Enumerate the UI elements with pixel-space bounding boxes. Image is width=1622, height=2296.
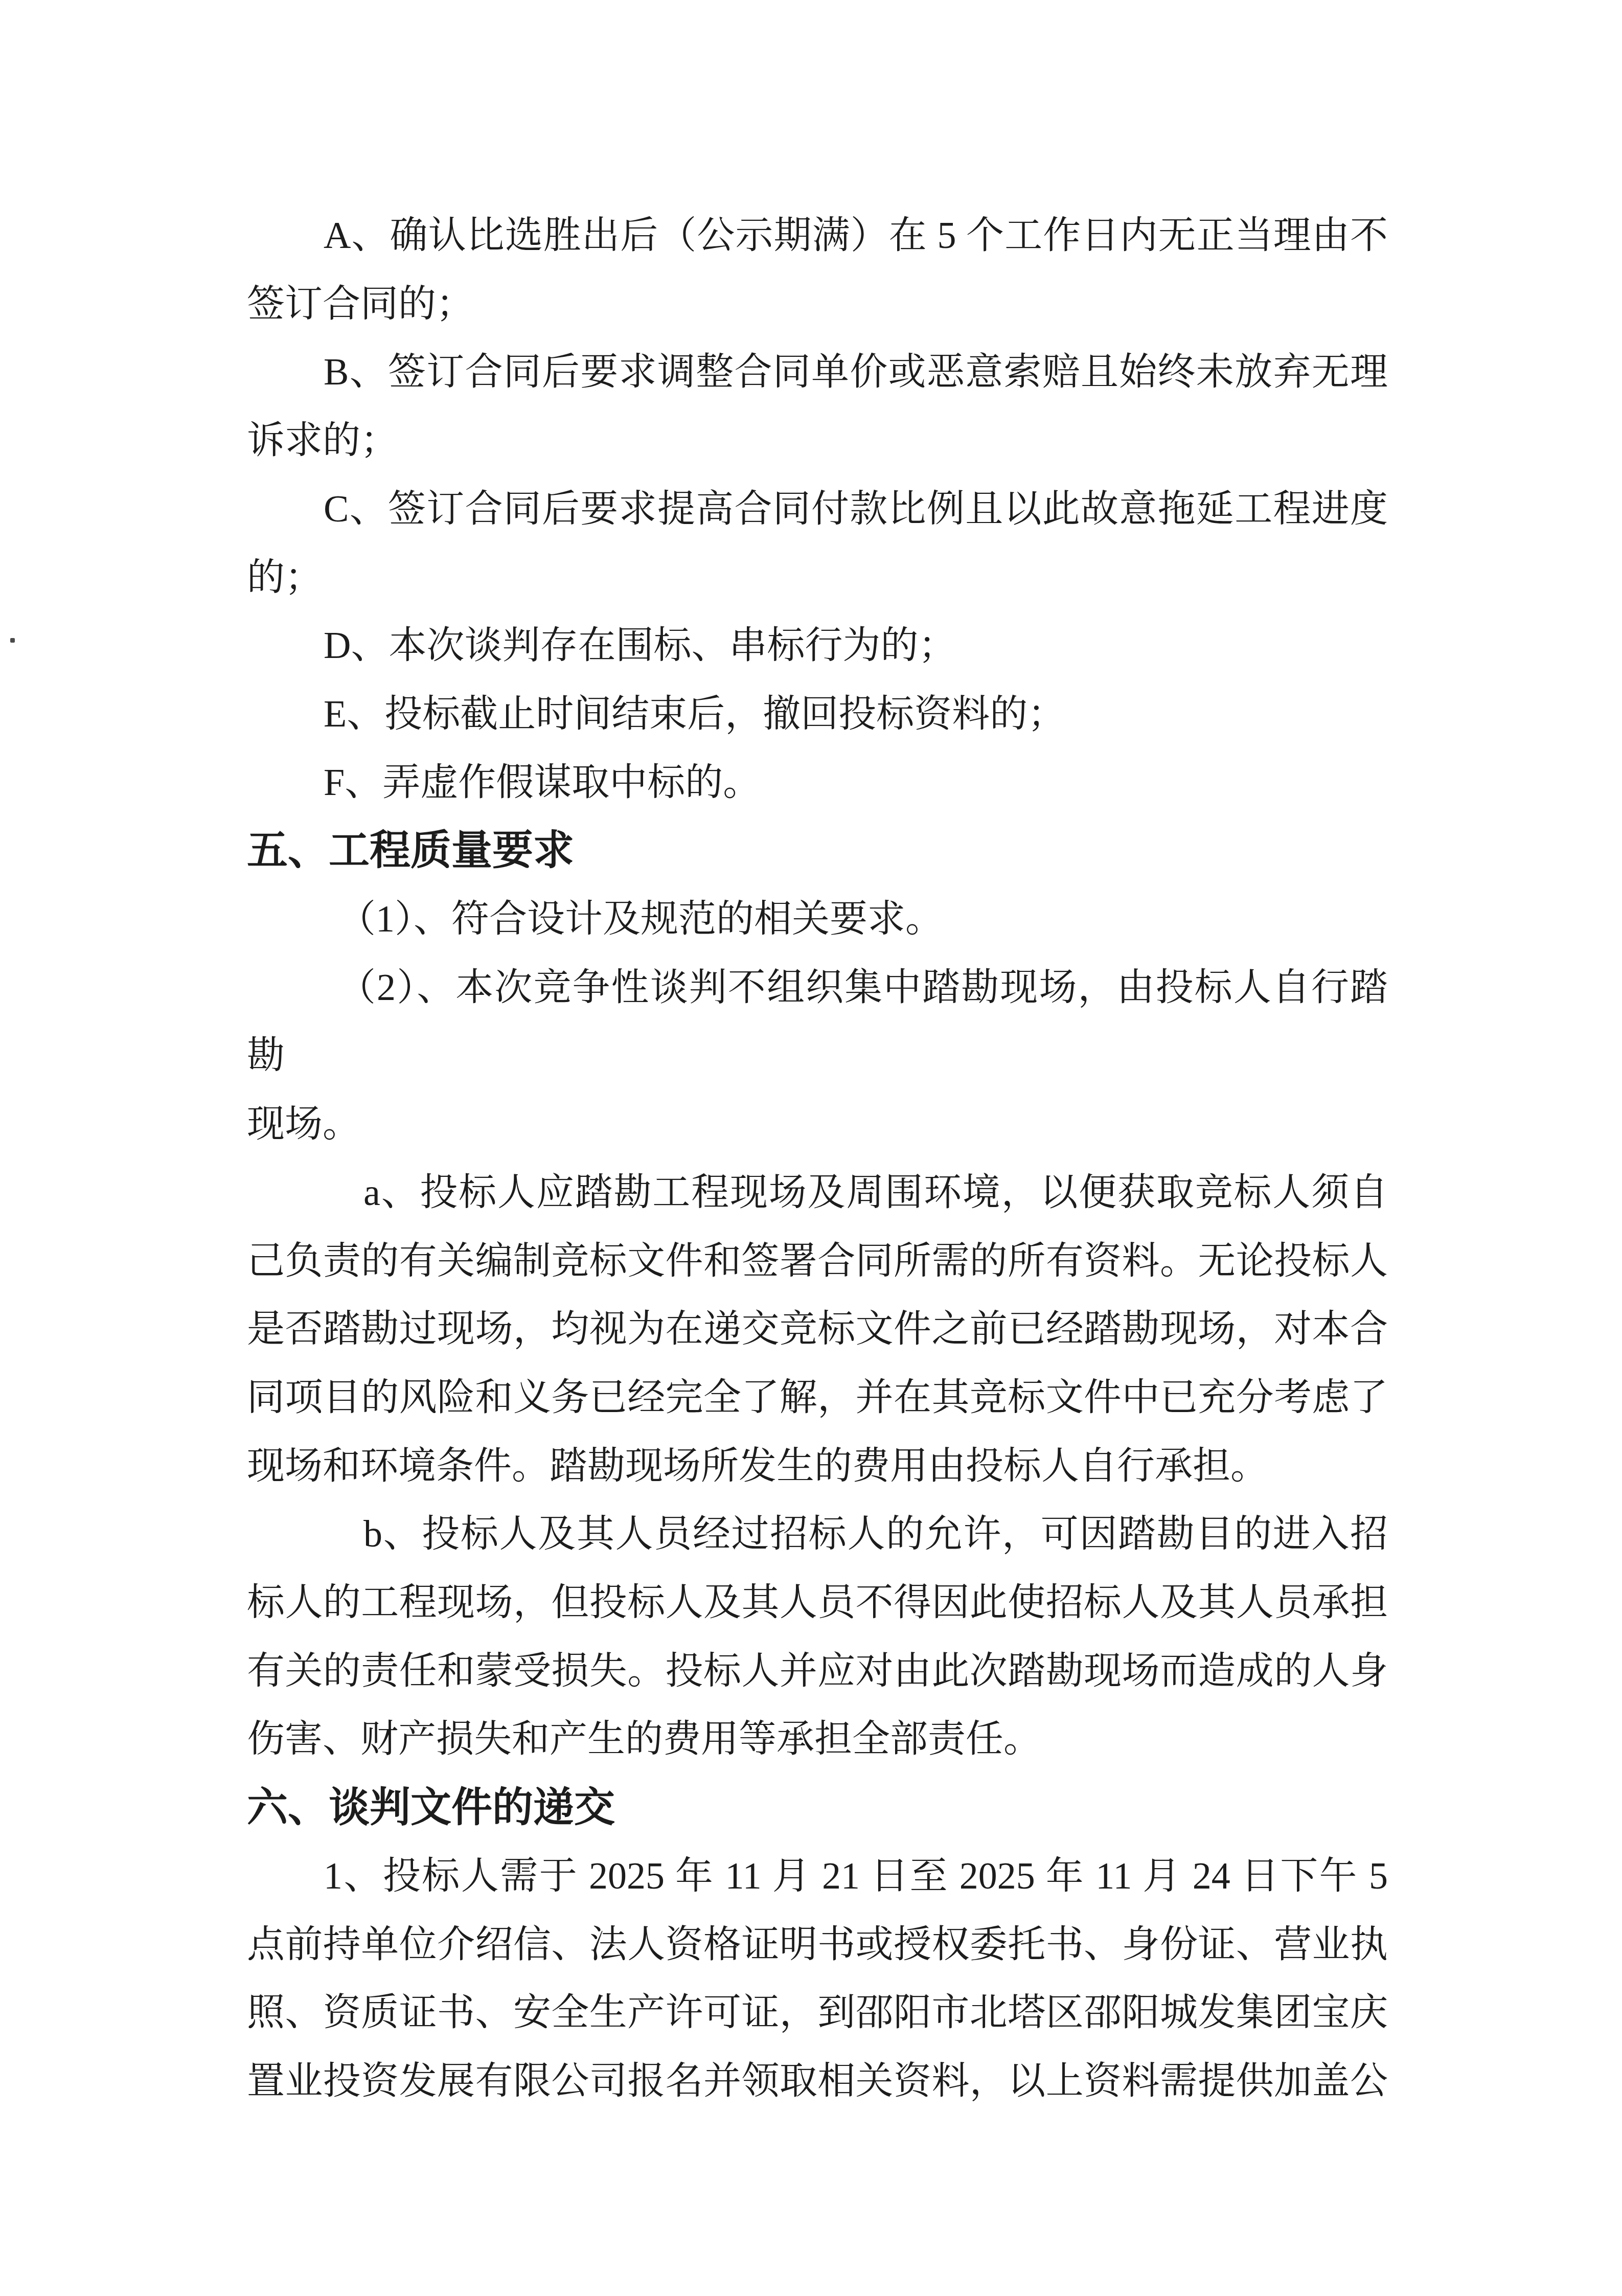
paragraph-a-line1: a、投标人应踏勘工程现场及周围环境，以便获取竞标人须自 (247, 1159, 1388, 1227)
section-heading-5: 五、工程质量要求 (247, 817, 1388, 885)
document-text-block: A、确认比选胜出后（公示期满）在 5 个工作日内无正当理由不 签订合同的； B、… (247, 202, 1388, 2116)
paragraph-b-line4: 伤害、财产损失和产生的费用等承担全部责任。 (247, 1706, 1388, 1774)
section-heading-6: 六、谈判文件的递交 (247, 1774, 1388, 1843)
clause-2-line1: （2）、本次竞争性谈判不组织集中踏勘现场，由投标人自行踏勘 (247, 954, 1388, 1090)
document-page: A、确认比选胜出后（公示期满）在 5 个工作日内无正当理由不 签订合同的； B、… (0, 0, 1622, 2296)
paragraph-a-line5: 现场和环境条件。踏勘现场所发生的费用由投标人自行承担。 (247, 1433, 1388, 1501)
list-item-C-line1: C、签订合同后要求提高合同付款比例且以此故意拖延工程进度 (247, 475, 1388, 544)
paragraph-b-line1: b、投标人及其人员经过招标人的允许，可因踏勘目的进入招 (247, 1501, 1388, 1569)
paragraph-1-line3: 照、资质证书、安全生产许可证，到邵阳市北塔区邵阳城发集团宝庆 (247, 1979, 1388, 2048)
paragraph-b-line2: 标人的工程现场，但投标人及其人员不得因此使招标人及其人员承担 (247, 1569, 1388, 1638)
paragraph-1-line2: 点前持单位介绍信、法人资格证明书或授权委托书、身份证、营业执 (247, 1911, 1388, 1980)
paragraph-b-line3: 有关的责任和蒙受损失。投标人并应对由此次踏勘现场而造成的人身 (247, 1638, 1388, 1706)
paragraph-a-line2: 己负责的有关编制竞标文件和签署合同所需的所有资料。无论投标人 (247, 1227, 1388, 1296)
list-item-B-line2: 诉求的； (247, 407, 1388, 475)
list-item-E: E、投标截止时间结束后，撤回投标资料的； (247, 680, 1388, 749)
paragraph-a-line4: 同项目的风险和义务已经完全了解，并在其竞标文件中已充分考虑了 (247, 1364, 1388, 1433)
list-item-C-line2: 的； (247, 544, 1388, 612)
list-item-A-line1: A、确认比选胜出后（公示期满）在 5 个工作日内无正当理由不 (247, 202, 1388, 270)
list-item-D: D、本次谈判存在围标、串标行为的； (247, 612, 1388, 680)
list-item-F: F、弄虚作假谋取中标的。 (247, 749, 1388, 817)
list-item-A-line2: 签订合同的； (247, 270, 1388, 339)
list-item-B-line1: B、签订合同后要求调整合同单价或恶意索赔且始终未放弃无理 (247, 338, 1388, 407)
clause-1: （1）、符合设计及规范的相关要求。 (247, 885, 1388, 954)
paragraph-a-line3: 是否踏勘过现场，均视为在递交竞标文件之前已经踏勘现场，对本合 (247, 1295, 1388, 1364)
paragraph-1-line1: 1、投标人需于 2025 年 11 月 21 日至 2025 年 11 月 24… (247, 1843, 1388, 1911)
scan-artifact-speck (10, 638, 15, 643)
clause-2-line2: 现场。 (247, 1090, 1388, 1159)
paragraph-1-line4: 置业投资发展有限公司报名并领取相关资料，以上资料需提供加盖公 (247, 2048, 1388, 2116)
